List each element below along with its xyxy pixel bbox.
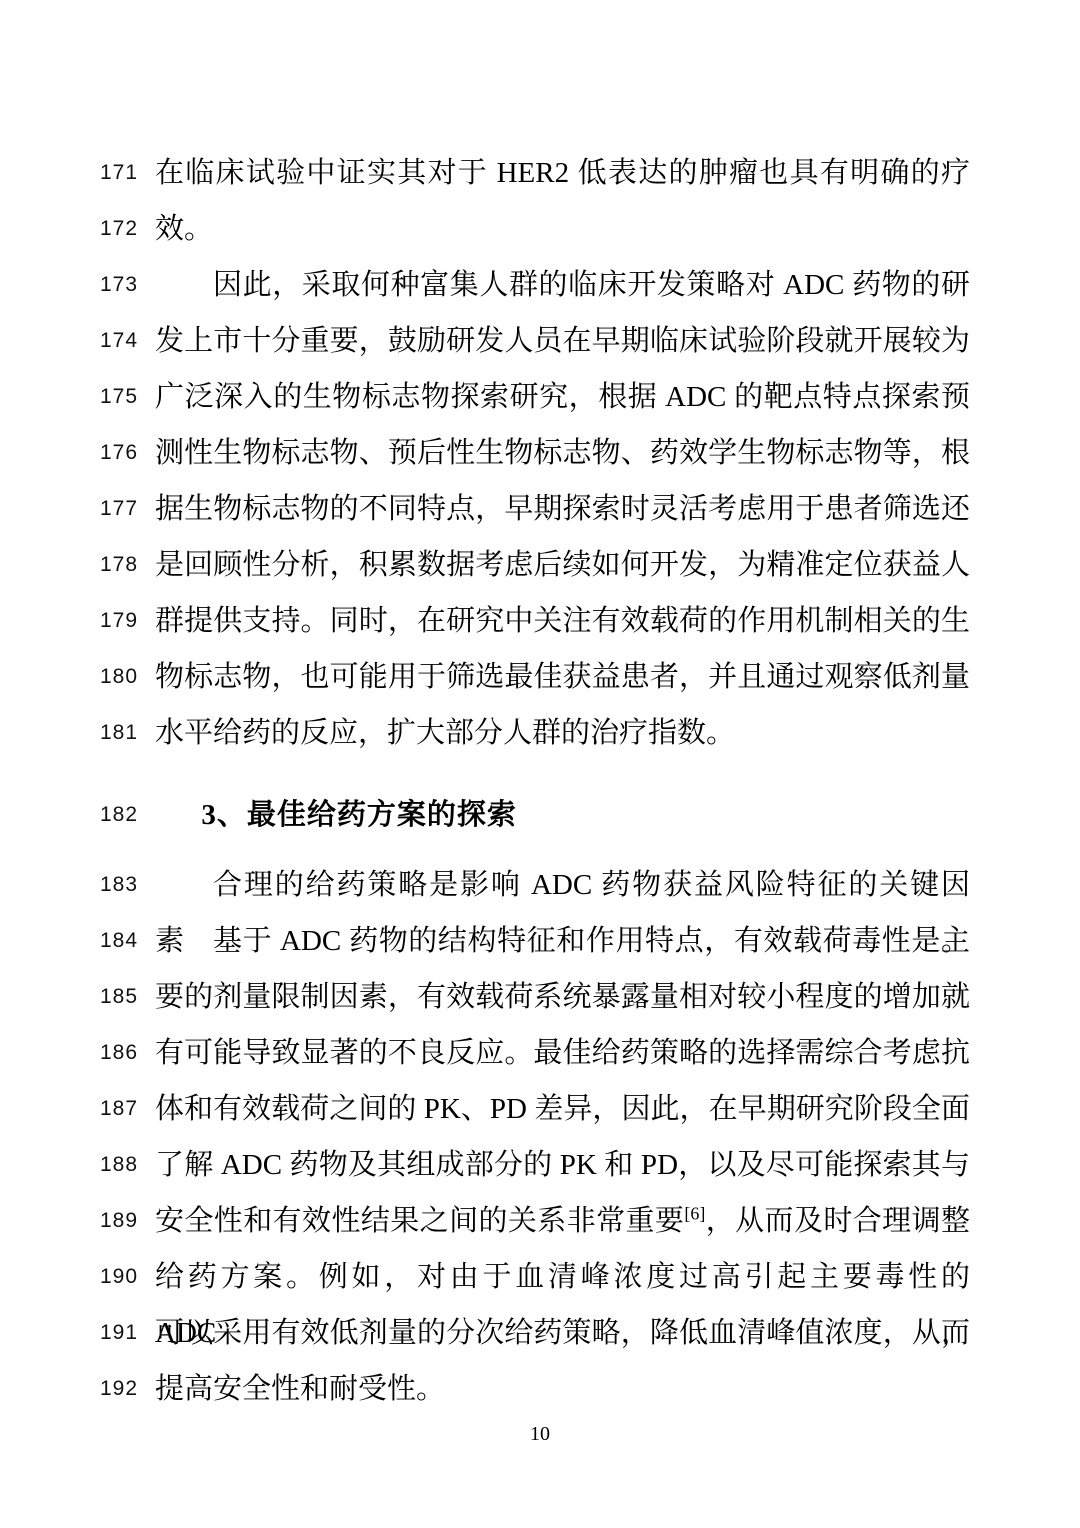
- doc-line-190: 190 给药方案。例如，对由于血清峰浓度过高引起主要毒性的 ADC，: [0, 1249, 1080, 1305]
- doc-line-186: 186 有可能导致显著的不良反应。最佳给药策略的选择需综合考虑抗: [0, 1025, 1080, 1081]
- line-text: 合理的给药策略是影响 ADC 药物获益风险特征的关键因素。: [155, 857, 970, 913]
- doc-line-183: 183 合理的给药策略是影响 ADC 药物获益风险特征的关键因素。: [0, 857, 1080, 913]
- line-number: 186: [100, 1025, 155, 1081]
- document-page: 171 在临床试验中证实其对于 HER2 低表达的肿瘤也具有明确的疗 172 效…: [0, 0, 1080, 1528]
- doc-line-177: 177 据生物标志物的不同特点，早期探索时灵活考虑用于患者筛选还: [0, 481, 1080, 537]
- doc-line-191: 191 可以采用有效低剂量的分次给药策略，降低血清峰值浓度，从而: [0, 1305, 1080, 1361]
- line-number: 188: [100, 1137, 155, 1193]
- line-number: 190: [100, 1249, 155, 1305]
- page-number: 10: [0, 1423, 1080, 1446]
- line-number: 173: [100, 257, 155, 313]
- line-text: 安全性和有效性结果之间的关系非常重要[6]，从而及时合理调整: [155, 1193, 970, 1249]
- line-text: 体和有效载荷之间的 PK、PD 差异，因此，在早期研究阶段全面: [155, 1081, 970, 1137]
- doc-line-189: 189 安全性和有效性结果之间的关系非常重要[6]，从而及时合理调整: [0, 1193, 1080, 1249]
- doc-line-184: 184 基于 ADC 药物的结构特征和作用特点，有效载荷毒性是主: [0, 913, 1080, 969]
- line-text: 物标志物，也可能用于筛选最佳获益患者，并且通过观察低剂量: [155, 649, 970, 705]
- line-number: 185: [100, 969, 155, 1025]
- line-text: 效。: [155, 201, 970, 257]
- line-text-part2: ，从而及时合理调整: [705, 1205, 970, 1237]
- line-text: 在临床试验中证实其对于 HER2 低表达的肿瘤也具有明确的疗: [155, 145, 970, 201]
- line-number: 174: [100, 313, 155, 369]
- line-text: 有可能导致显著的不良反应。最佳给药策略的选择需综合考虑抗: [155, 1025, 970, 1081]
- doc-line-178: 178 是回顾性分析，积累数据考虑后续如何开发，为精准定位获益人: [0, 537, 1080, 593]
- line-number: 192: [100, 1361, 155, 1417]
- line-text: 广泛深入的生物标志物探索研究，根据 ADC 的靶点特点探索预: [155, 369, 970, 425]
- line-text: 发上市十分重要，鼓励研发人员在早期临床试验阶段就开展较为: [155, 313, 970, 369]
- line-number: 177: [100, 481, 155, 537]
- doc-line-171: 171 在临床试验中证实其对于 HER2 低表达的肿瘤也具有明确的疗: [0, 145, 1080, 201]
- line-text: 是回顾性分析，积累数据考虑后续如何开发，为精准定位获益人: [155, 537, 970, 593]
- line-number: 178: [100, 537, 155, 593]
- line-text: 群提供支持。同时，在研究中关注有效载荷的作用机制相关的生: [155, 593, 970, 649]
- section-heading-row: 182 3、最佳给药方案的探索: [0, 787, 1080, 843]
- section-heading: 3、最佳给药方案的探索: [155, 787, 970, 843]
- line-number: 172: [100, 201, 155, 257]
- doc-line-175: 175 广泛深入的生物标志物探索研究，根据 ADC 的靶点特点探索预: [0, 369, 1080, 425]
- doc-line-176: 176 测性生物标志物、预后性生物标志物、药效学生物标志物等，根: [0, 425, 1080, 481]
- line-text: 测性生物标志物、预后性生物标志物、药效学生物标志物等，根: [155, 425, 970, 481]
- doc-line-188: 188 了解 ADC 药物及其组成部分的 PK 和 PD，以及尽可能探索其与: [0, 1137, 1080, 1193]
- doc-line-179: 179 群提供支持。同时，在研究中关注有效载荷的作用机制相关的生: [0, 593, 1080, 649]
- line-number: 184: [100, 913, 155, 969]
- line-number: 191: [100, 1305, 155, 1361]
- doc-line-181: 181 水平给药的反应，扩大部分人群的治疗指数。: [0, 705, 1080, 761]
- reference-mark: [6]: [684, 1203, 705, 1223]
- doc-line-172: 172 效。: [0, 201, 1080, 257]
- line-text: 基于 ADC 药物的结构特征和作用特点，有效载荷毒性是主: [155, 913, 970, 969]
- line-text: 要的剂量限制因素，有效载荷系统暴露量相对较小程度的增加就: [155, 969, 970, 1025]
- line-text: 提高安全性和耐受性。: [155, 1361, 970, 1417]
- doc-line-187: 187 体和有效载荷之间的 PK、PD 差异，因此，在早期研究阶段全面: [0, 1081, 1080, 1137]
- line-number: 171: [100, 145, 155, 201]
- line-number: 187: [100, 1081, 155, 1137]
- doc-line-192: 192 提高安全性和耐受性。: [0, 1361, 1080, 1417]
- doc-line-173: 173 因此，采取何种富集人群的临床开发策略对 ADC 药物的研: [0, 257, 1080, 313]
- line-number: 181: [100, 705, 155, 761]
- doc-line-174: 174 发上市十分重要，鼓励研发人员在早期临床试验阶段就开展较为: [0, 313, 1080, 369]
- line-text: 了解 ADC 药物及其组成部分的 PK 和 PD，以及尽可能探索其与: [155, 1137, 970, 1193]
- doc-line-180: 180 物标志物，也可能用于筛选最佳获益患者，并且通过观察低剂量: [0, 649, 1080, 705]
- line-number: 179: [100, 593, 155, 649]
- line-text: 据生物标志物的不同特点，早期探索时灵活考虑用于患者筛选还: [155, 481, 970, 537]
- line-number: 176: [100, 425, 155, 481]
- doc-line-185: 185 要的剂量限制因素，有效载荷系统暴露量相对较小程度的增加就: [0, 969, 1080, 1025]
- line-number: 175: [100, 369, 155, 425]
- line-text: 可以采用有效低剂量的分次给药策略，降低血清峰值浓度，从而: [155, 1305, 970, 1361]
- line-text: 给药方案。例如，对由于血清峰浓度过高引起主要毒性的 ADC，: [155, 1249, 970, 1305]
- line-number: 183: [100, 857, 155, 913]
- line-text: 水平给药的反应，扩大部分人群的治疗指数。: [155, 705, 970, 761]
- line-text-part1: 安全性和有效性结果之间的关系非常重要: [155, 1205, 684, 1237]
- line-number: 189: [100, 1193, 155, 1249]
- line-text: 因此，采取何种富集人群的临床开发策略对 ADC 药物的研: [155, 257, 970, 313]
- line-number: 180: [100, 649, 155, 705]
- line-number: 182: [100, 787, 155, 843]
